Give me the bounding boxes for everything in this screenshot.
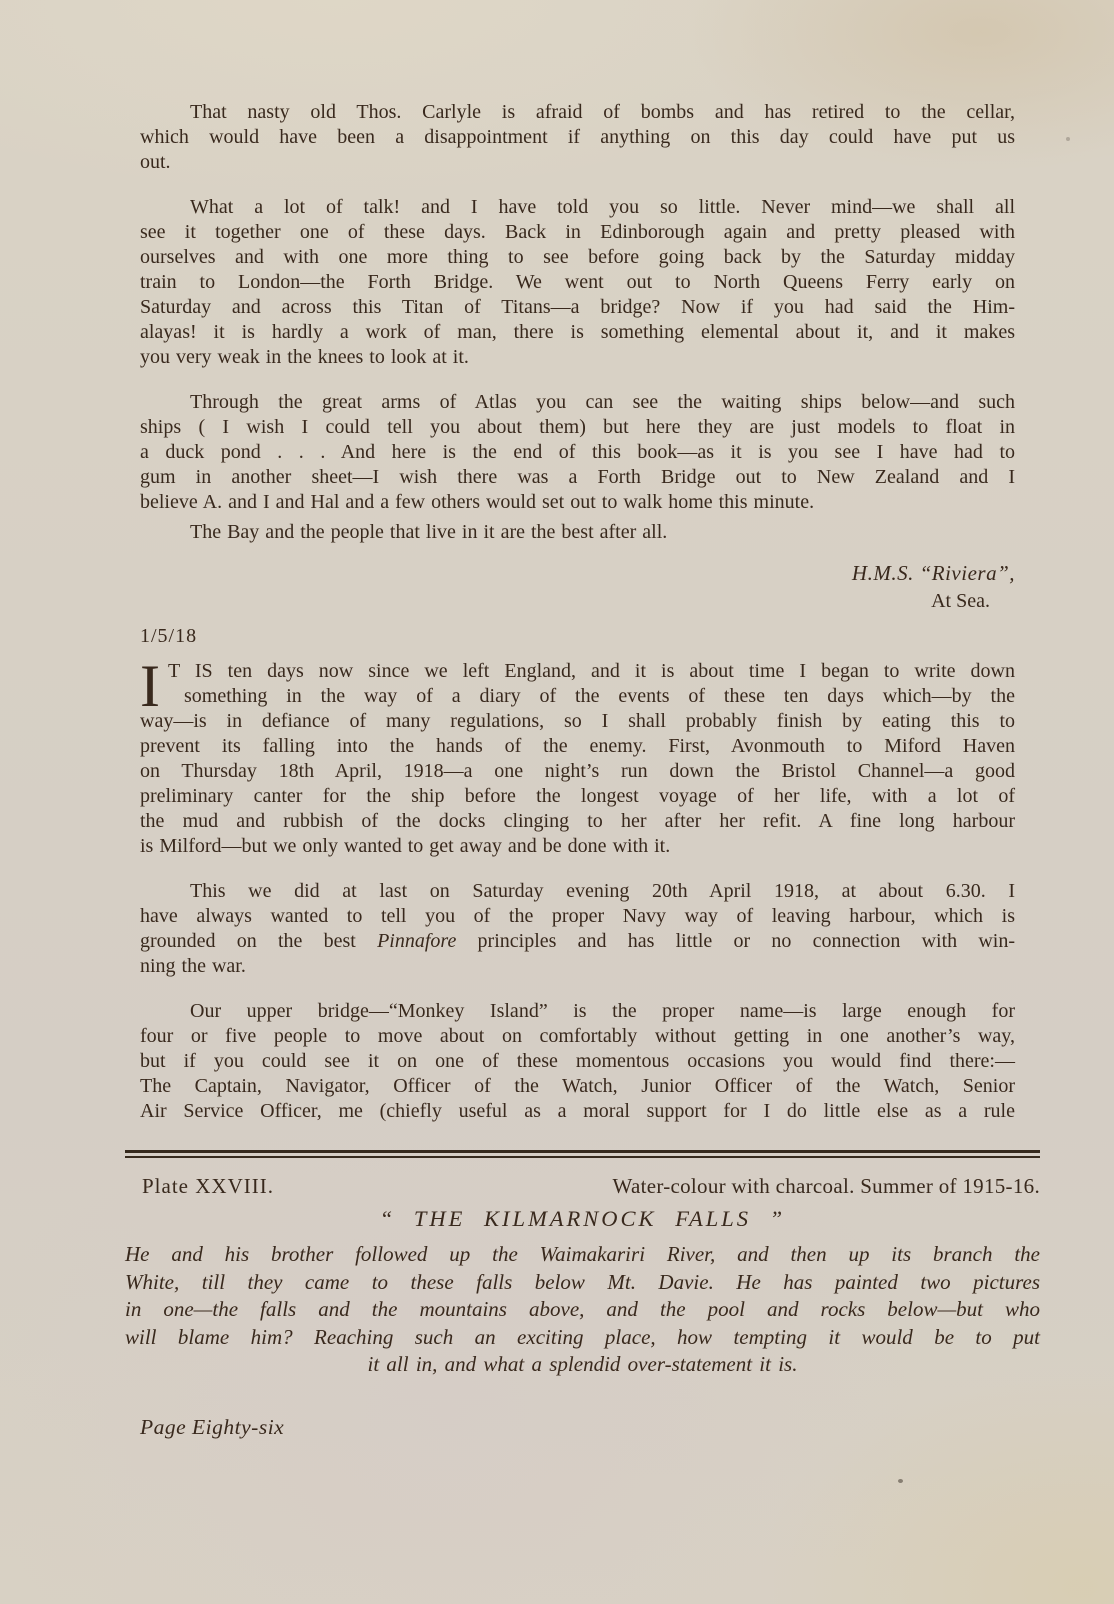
text-line: The Bay and the people that live in it a… [140,520,1015,545]
diary-paragraph-2: This we did at last on Saturday evening … [140,879,1015,979]
closing-place: At Sea. [140,587,1015,615]
text-line: is Milford—but we only wanted to get awa… [140,834,1015,859]
letter-paragraph-3: Through the great arms of Atlas you can … [140,390,1015,515]
text-line: ourselves and with one more thing to see… [140,245,1015,270]
text-segment: grounded on the best [140,930,377,952]
text-line: out. [140,150,1015,175]
text-line: will blame him? Reaching such an excitin… [125,1324,1040,1352]
text-line: He and his brother followed up the Waima… [125,1241,1040,1269]
italic-word: Pinnafore [377,930,456,952]
text-line: see it together one of these days. Back … [140,220,1015,245]
text-line: believe A. and I and Hal and a few other… [140,490,1015,515]
letter-paragraph-1: That nasty old Thos. Carlyle is afraid o… [140,100,1015,175]
text-line: but if you could see it on one of these … [140,1049,1015,1074]
text-line: ships ( I wish I could tell you about th… [140,415,1015,440]
ship-name: H.M.S. “Riviera”, [140,559,1015,587]
plate-caption-section: Plate XXVIII. Water-colour with charcoal… [125,1150,1040,1379]
text-line: the mud and rubbish of the docks clingin… [140,809,1015,834]
text-line: in one—the falls and the mountains above… [125,1296,1040,1324]
text-line: preliminary canter for the ship before t… [140,784,1015,809]
text-line: which would have been a disappointment i… [140,125,1015,150]
text-line: train to London—the Forth Bridge. We wen… [140,270,1015,295]
text-line: T IS ten days now since we left England,… [140,659,1015,684]
text-line: Saturday and across this Titan of Titans… [140,295,1015,320]
text-line: That nasty old Thos. Carlyle is afraid o… [140,100,1015,125]
text-segment: principles and has little or no connecti… [456,930,1015,952]
text-line: This we did at last on Saturday evening … [140,879,1015,904]
text-line: gum in another sheet—I wish there was a … [140,465,1015,490]
text-line: What a lot of talk! and I have told you … [140,195,1015,220]
text-line: Air Service Officer, me (chiefly useful … [140,1099,1015,1124]
text-line: Through the great arms of Atlas you can … [140,390,1015,415]
text-line: you very weak in the knees to look at it… [140,345,1015,370]
double-rule-divider [125,1150,1040,1158]
diary-paragraph-1: I T IS ten days now since we left Englan… [140,659,1015,859]
diary-date: 1/5/18 [140,624,1015,649]
scanned-book-page: That nasty old Thos. Carlyle is afraid o… [0,0,1114,1604]
text-line: a duck pond . . . And here is the end of… [140,440,1015,465]
page-number-label: Page Eighty-six [140,1415,1015,1440]
text-line: way—is in defiance of many regulations, … [140,709,1015,734]
text-line: The Captain, Navigator, Officer of the W… [140,1074,1015,1099]
diary-paragraph-3: Our upper bridge—“Monkey Island” is the … [140,999,1015,1124]
text-line: four or five people to move about on com… [140,1024,1015,1049]
text-line: it all in, and what a splendid over-stat… [125,1351,1040,1379]
text-line: alayas! it is hardly a work of man, ther… [140,320,1015,345]
text-line: on Thursday 18th April, 1918—a one night… [140,759,1015,784]
text-line: ning the war. [140,954,1015,979]
text-line: White, till they came to these falls bel… [125,1269,1040,1297]
letter-closing: H.M.S. “Riviera”, At Sea. [140,559,1015,615]
text-line: prevent its falling into the hands of th… [140,734,1015,759]
text-line: something in the way of a diary of the e… [140,684,1015,709]
text-line: have always wanted to tell you of the pr… [140,904,1015,929]
plate-medium: Water-colour with charcoal. Summer of 19… [613,1173,1040,1199]
plate-title: “ THE KILMARNOCK FALLS ” [125,1206,1040,1232]
letter-paragraph-4: The Bay and the people that live in it a… [140,520,1015,545]
page-content: That nasty old Thos. Carlyle is afraid o… [0,0,1114,1440]
text-line: grounded on the best Pinnafore principle… [140,929,1015,954]
text-line: Our upper bridge—“Monkey Island” is the … [140,999,1015,1024]
plate-number: Plate XXVIII. [125,1173,274,1199]
dropcap-letter: I [140,659,168,708]
plate-info-row: Plate XXVIII. Water-colour with charcoal… [125,1173,1040,1199]
plate-caption: He and his brother followed up the Waima… [125,1241,1040,1379]
letter-paragraph-2: What a lot of talk! and I have told you … [140,195,1015,370]
